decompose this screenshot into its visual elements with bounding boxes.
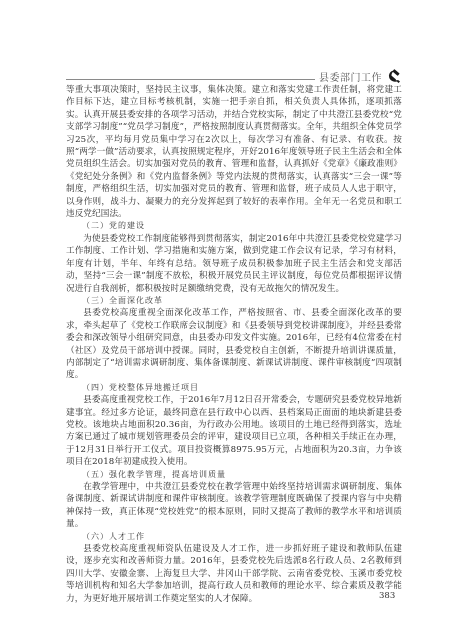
header-rule-divider [66,79,315,80]
subheading-talent-work: （六）人才工作 [66,531,402,543]
running-header: 县委部门工作 [66,68,402,84]
page-number: 383 [379,591,395,601]
paragraph-teaching-management: 在教学管理中，中共澄江县委党校在教学管理中始终坚持培训需求调研制度、集体备课制度… [66,481,402,531]
paragraph-deepen-reform: 县委党校高度重视全面深化改革工作，严格按照省、市、县委全面深化改革的要求，牵头起… [66,307,402,381]
document-body: 等重大事项决策时，坚持民主议事，集体决策。建立和落实党建工作责任制，将党建工作目… [66,84,402,605]
paragraph-party-building: 为使县委党校工作制度能够得到贯彻落实，制定2016年中共澄江县委党校党建学习工作… [66,233,402,295]
section-title: 县委部门工作 [319,69,382,84]
subheading-party-building: （二）党的建设 [66,220,402,232]
paragraph-relocation-project: 县委高度重视党校工作，于2016年7月12日召开常委会，专题研究县委党校异地新建… [66,394,402,468]
subheading-relocation-project: （四）党校整体异地搬迁项目 [66,382,402,394]
party-emblem-icon [386,68,402,84]
paragraph-continuation: 等重大事项决策时，坚持民主议事，集体决策。建立和落实党建工作责任制，将党建工作目… [66,84,402,220]
subheading-deepen-reform: （三）全面深化改革 [66,295,402,307]
paragraph-talent-work: 县委党校高度重视师资队伍建设及人才工作，进一步抓好班子建设和教师队伍建设，逐步充… [66,543,402,605]
subheading-teaching-management: （五）强化教学管理，提高培训质量 [66,469,402,481]
